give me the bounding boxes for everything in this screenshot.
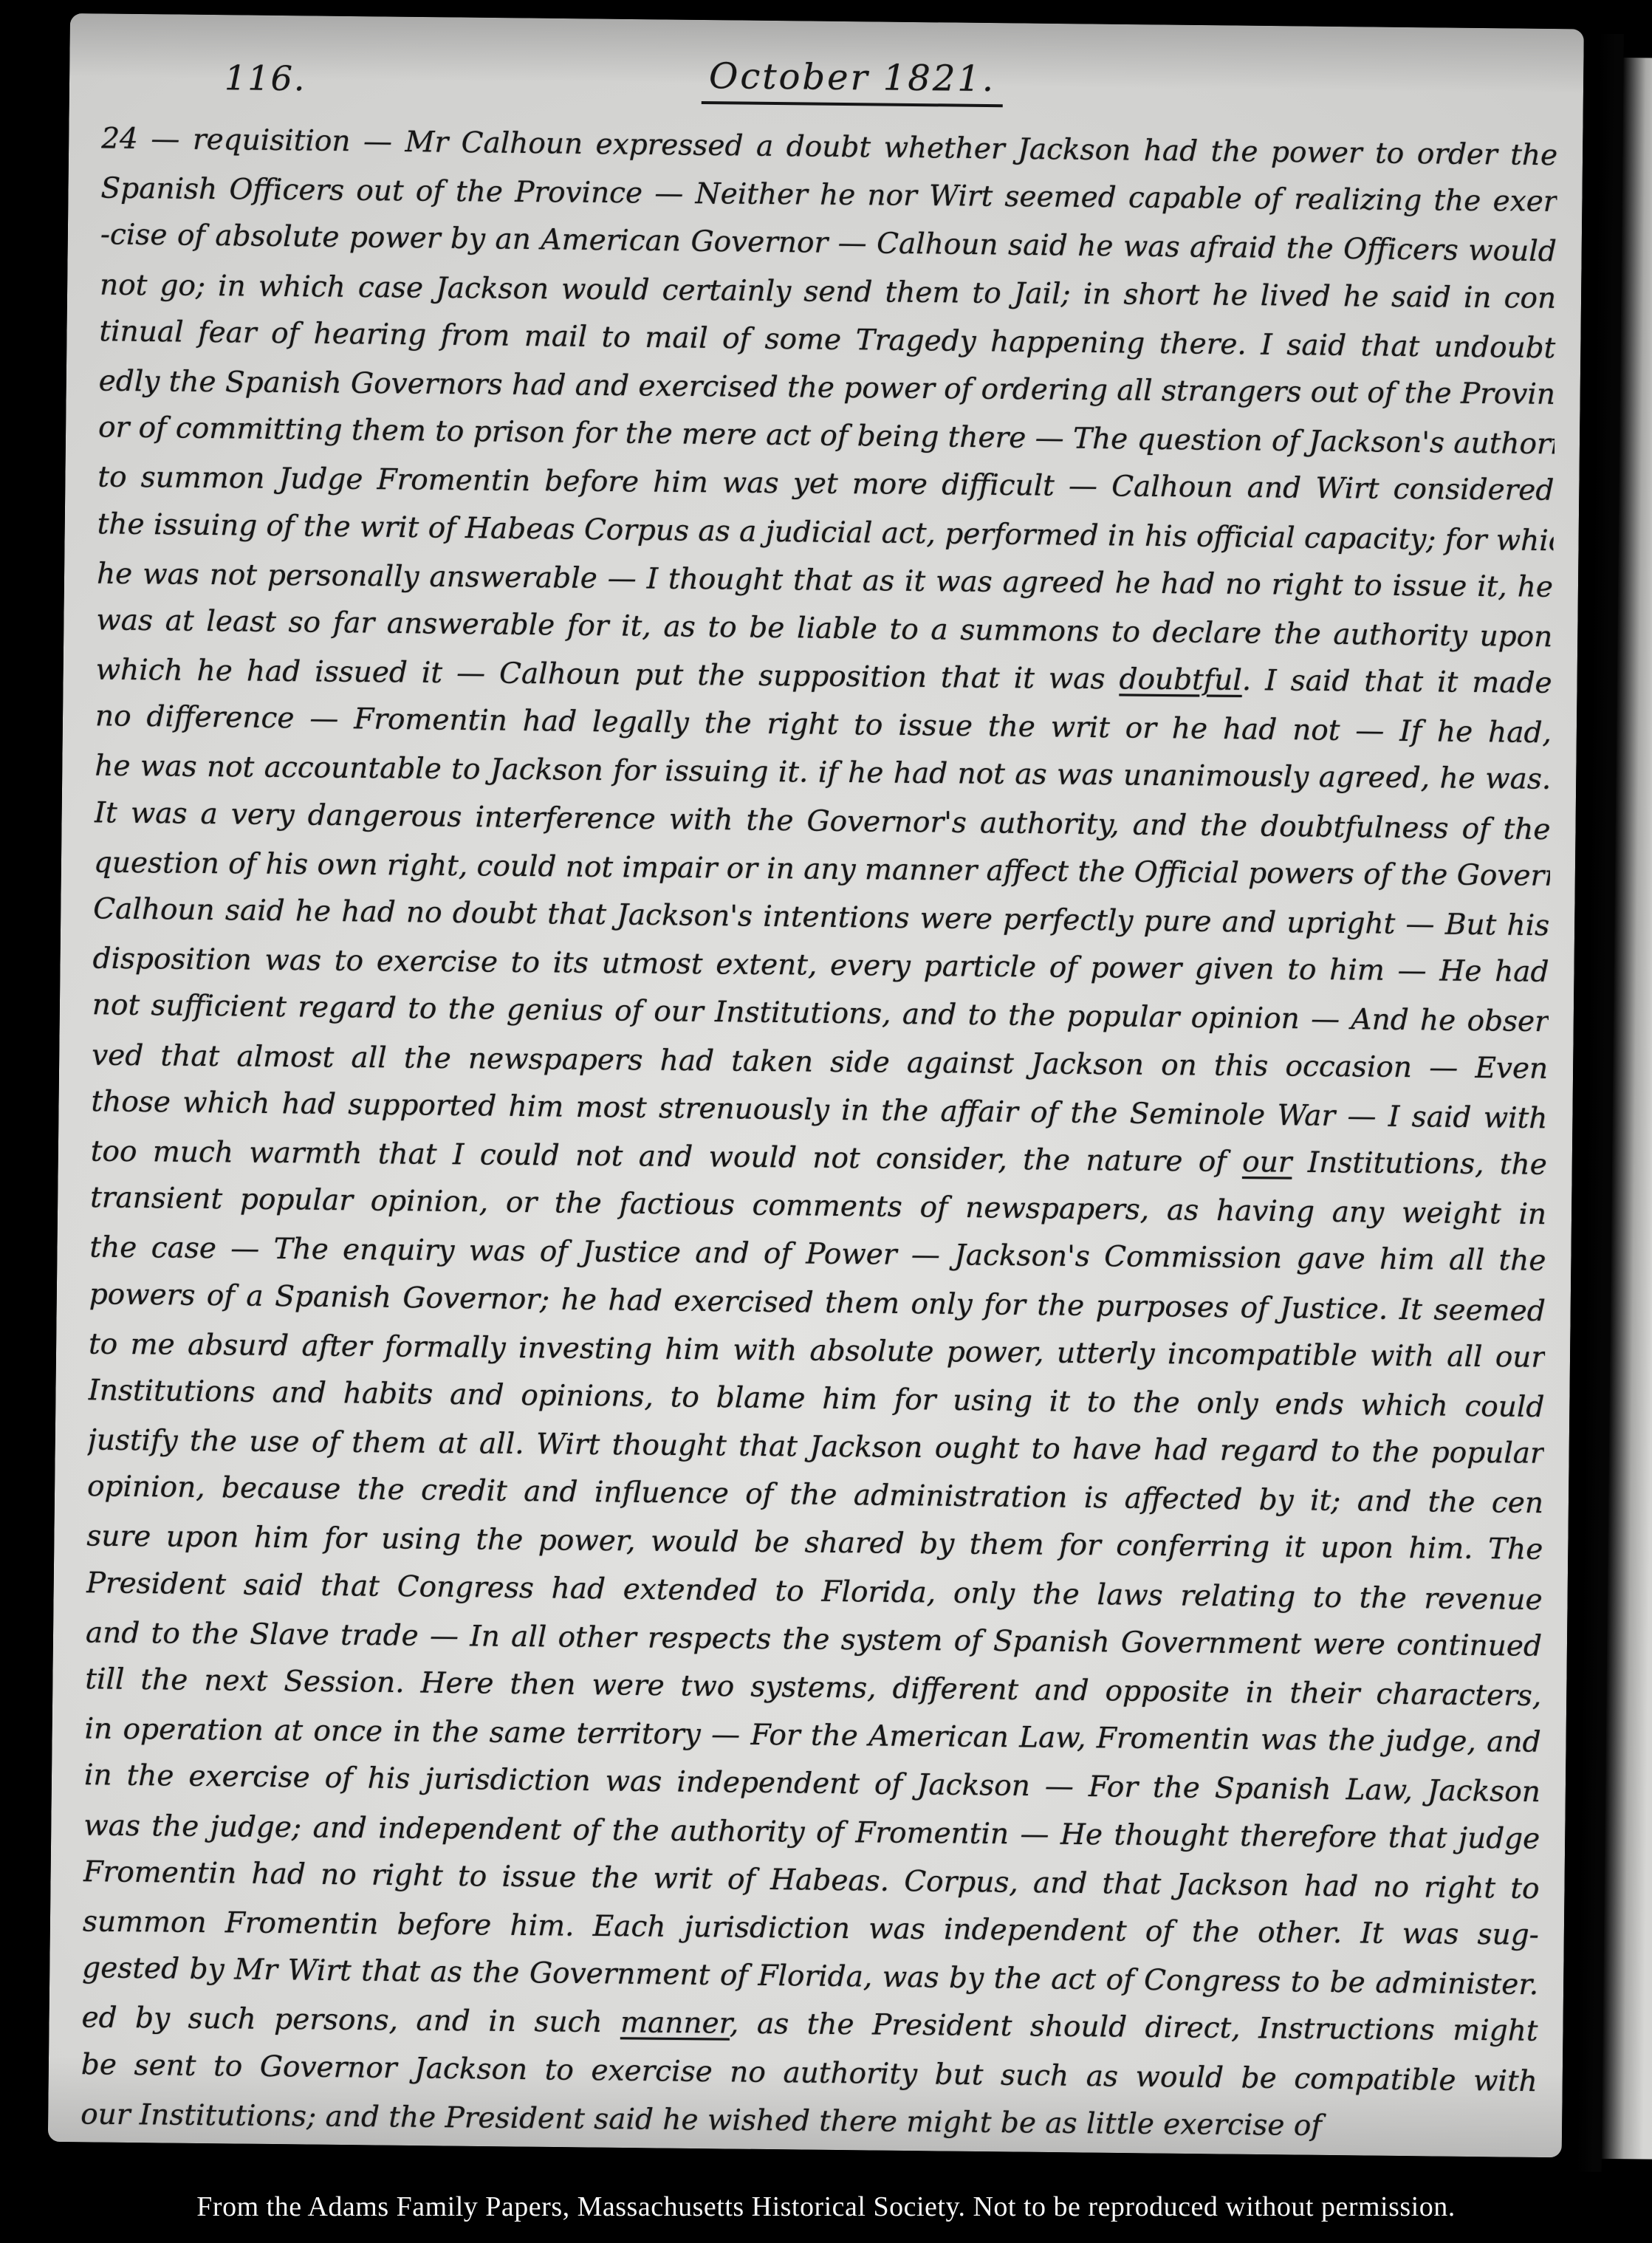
date-heading: October 1821. xyxy=(702,55,1004,107)
book-spread: 116. October 1821. 24 — requisition — Mr… xyxy=(48,13,1652,2165)
archive-credit-line: From the Adams Family Papers, Massachuse… xyxy=(0,2191,1652,2223)
heading-row: October 1821. xyxy=(69,49,1584,113)
photo-frame: 116. October 1821. 24 — requisition — Mr… xyxy=(0,0,1652,2243)
manuscript-text: 24 — requisition — Mr Calhoun expressed … xyxy=(80,115,1558,2152)
manuscript-page: 116. October 1821. 24 — requisition — Mr… xyxy=(48,13,1584,2157)
